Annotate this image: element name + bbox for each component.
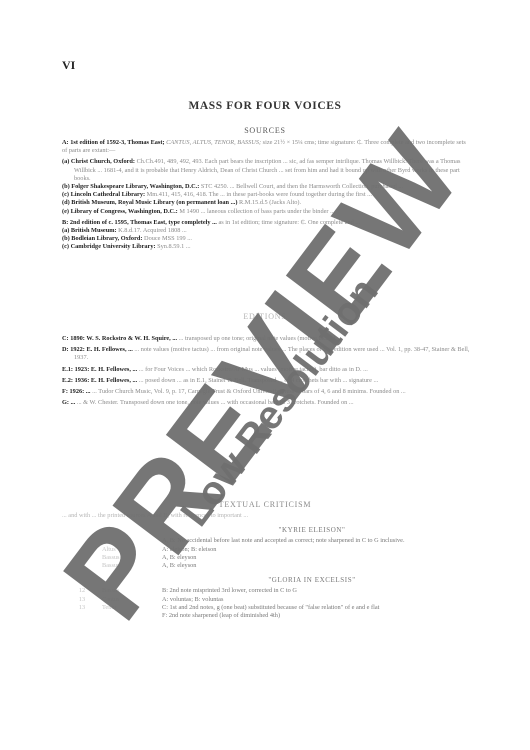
criticism-row: AltusA: eleison; B: eleison <box>62 546 472 554</box>
source-item: (b) Folger Shakespeare Library, Washingt… <box>62 183 472 191</box>
criticism-block: ... and with ... the printed sources A a… <box>62 512 472 620</box>
movement-heading: "KYRIE ELEISON" <box>152 526 472 534</box>
source-item: (c) Cambridge University Library: Syn.8.… <box>62 243 472 251</box>
criticism-row: A, B: No accidental before last note and… <box>62 537 472 545</box>
source-item: (b) Bodleian Library, Oxford: Douce MSS … <box>62 235 472 243</box>
edition-item: E.1: 1923: E. H. Fellowes, ... ... for F… <box>62 366 472 374</box>
criticism-row: F: 2nd note sharpened (leap of diminishe… <box>62 612 472 620</box>
edition-item: E.2: 1936: E. H. Fellowes, ... ... posed… <box>62 377 472 385</box>
edition-item: G: ... ... & W. Chester. Transposed down… <box>62 399 472 407</box>
page-folio: VI <box>62 58 75 73</box>
criticism-row: 13CantusA: voluntas; B: voluntas <box>62 596 472 604</box>
edition-item: C: 1890: W. S. Rockstro & W. H. Squire, … <box>62 335 472 343</box>
source-item: (d) British Museum, Royal Music Library … <box>62 199 472 207</box>
editions-block: C: 1890: W. S. Rockstro & W. H. Squire, … <box>62 335 472 410</box>
criticism-row: 12BassusB: 2nd note misprinted 3rd lower… <box>62 587 472 595</box>
criticism-row: 13TenorC: 1st and 2nd notes, g (one beat… <box>62 604 472 612</box>
source-item: (c) Lincoln Cathedral Library: Mm.411, 4… <box>62 191 472 199</box>
sources-heading: SOURCES <box>0 126 530 135</box>
document-page: VI MASS FOR FOUR VOICES SOURCES A: 1st e… <box>0 0 530 750</box>
criticism-intro: ... and with ... the printed sources A a… <box>62 512 472 520</box>
document-title: MASS FOR FOUR VOICES <box>0 100 530 112</box>
source-item: (e) Library of Congress, Washington, D.C… <box>62 208 472 216</box>
editions-heading: EDITIONS <box>0 312 530 321</box>
movement-heading: "GLORIA IN EXCELSIS" <box>152 576 472 584</box>
source-item: (a) Christ Church, Oxford: Ch.Ch.491, 48… <box>62 158 472 183</box>
edition-item: D: 1922: E. H. Fellowes, ... ... note va… <box>62 346 472 362</box>
criticism-row: BassusA, B: eleyson <box>62 562 472 570</box>
criticism-row: BassusA, B: eleyson <box>62 554 472 562</box>
source-a: A: 1st edition of 1592-3, Thomas East; C… <box>62 139 472 155</box>
criticism-heading: TEXTUAL CRITICISM <box>0 500 530 509</box>
sources-block: A: 1st edition of 1592-3, Thomas East; C… <box>62 139 472 252</box>
edition-item: F: 1926: ... ... Tudor Church Music, Vol… <box>62 388 472 396</box>
source-b: B: 2nd edition of c. 1595, Thomas East, … <box>62 219 472 227</box>
source-item: (a) British Museum: K.8.d.17. Acquired 1… <box>62 227 472 235</box>
